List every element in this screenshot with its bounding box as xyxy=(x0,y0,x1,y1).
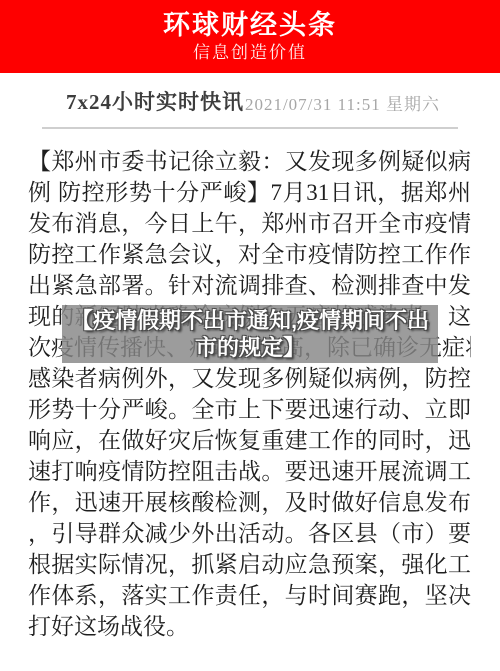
article-timestamp: 2021/07/31 11:51 星期六 xyxy=(245,94,440,115)
section-title: 7x24小时实时快讯 xyxy=(66,90,244,115)
article-line: 作，迅速开展核酸检测，及时做好信息发布 xyxy=(28,487,471,518)
article-line: 形势十分严峻。全市上下要迅速行动、立即 xyxy=(28,394,471,425)
article-line: 防控工作紧急会议，对全市疫情防控工作作 xyxy=(28,239,471,270)
article-line: 速打响疫情防控阻击战。要迅速开展流调工 xyxy=(28,456,471,487)
watermark-text: 【疫情假期不出市通知,疫情期间不出 xyxy=(71,307,429,334)
divider-line xyxy=(42,127,458,129)
article-line: ，引导群众减少外出活动。各区县（市）要 xyxy=(28,518,471,549)
site-slogan: 信息创造价值 xyxy=(0,43,500,63)
article-line: 【郑州市委书记徐立毅：又发现多例疑似病 xyxy=(28,146,471,177)
article-line: 发布消息，今日上午，郑州市召开全市疫情 xyxy=(28,208,471,239)
site-title: 环球财经头条 xyxy=(0,10,500,40)
article-line: 作体系，落实工作责任，与时间赛跑，坚决 xyxy=(28,580,471,611)
article-line: 例 防控形势十分严峻】7月31日讯，据郑州 xyxy=(28,177,471,208)
section-bar: 7x24小时实时快讯 2021/07/31 11:51 星期六 xyxy=(0,73,500,115)
article-line: 出紧急部署。针对流调排查、检测排查中发 xyxy=(28,270,471,301)
article-line: 根据实际情况，抓紧启动应急预案，强化工 xyxy=(28,549,471,580)
article-line: 响应，在做好灾后恢复重建工作的同时，迅 xyxy=(28,425,471,456)
masthead-banner: 环球财经头条 信息创造价值 xyxy=(0,0,500,73)
article-line: 打好这场战役。 xyxy=(28,611,471,642)
article-line: 感染者病例外，又发现多例疑似病例，防控 xyxy=(28,363,471,394)
article-body: 【郑州市委书记徐立毅：又发现多例疑似病 例 防控形势十分严峻】7月31日讯，据郑… xyxy=(0,146,500,642)
watermark-overlay: 【疫情假期不出市通知,疫情期间不出 市的规定】 xyxy=(62,305,438,363)
watermark-text: 市的规定】 xyxy=(195,334,305,361)
